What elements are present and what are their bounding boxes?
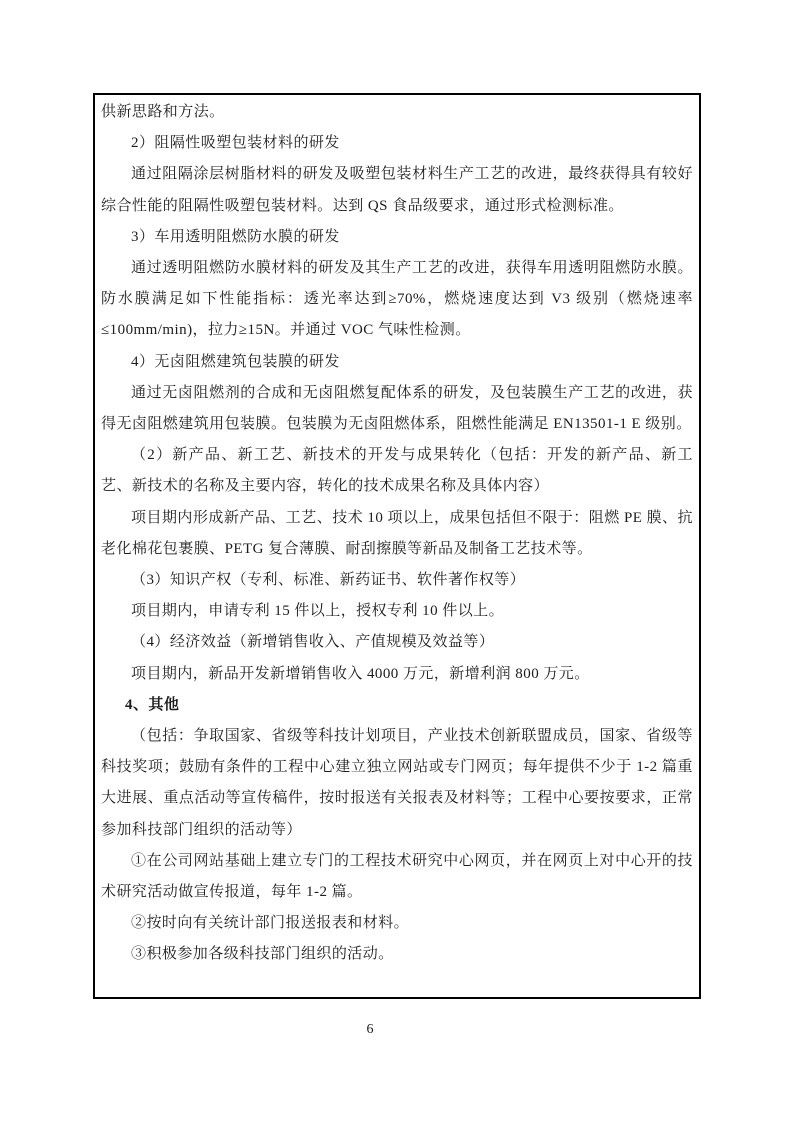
paragraph: 3）车用透明阻燃防水膜的研发 — [101, 222, 693, 253]
paragraph: ②按时向有关统计部门报送报表和材料。 — [101, 908, 693, 939]
paragraph: 通过透明阻燃防水膜材料的研发及其生产工艺的改进，获得车用透明阻燃防水膜。防水膜满… — [101, 253, 693, 347]
paragraph: 供新思路和方法。 — [101, 97, 693, 128]
document-page: 供新思路和方法。 2）阻隔性吸塑包装材料的研发 通过阻隔涂层树脂材料的研发及吸塑… — [0, 0, 793, 1122]
paragraph: 4）无卤阻燃建筑包装膜的研发 — [101, 347, 693, 378]
page-number: 6 — [340, 1022, 400, 1038]
paragraph: （3）知识产权（专利、标准、新药证书、软件著作权等） — [101, 565, 693, 596]
section-heading: 4、其他 — [101, 690, 693, 721]
paragraph: ③积极参加各级科技部门组织的活动。 — [101, 939, 693, 970]
paragraph: 项目期内，申请专利 15 件以上，授权专利 10 件以上。 — [101, 596, 693, 627]
paragraph: 项目期内，新品开发新增销售收入 4000 万元，新增利润 800 万元。 — [101, 659, 693, 690]
paragraph: （2）新产品、新工艺、新技术的开发与成果转化（包括：开发的新产品、新工艺、新技术… — [101, 440, 693, 502]
paragraph: （4）经济效益（新增销售收入、产值规模及效益等） — [101, 627, 693, 658]
paragraph: 2）阻隔性吸塑包装材料的研发 — [101, 128, 693, 159]
content-border-box: 供新思路和方法。 2）阻隔性吸塑包装材料的研发 通过阻隔涂层树脂材料的研发及吸塑… — [93, 93, 701, 999]
paragraph: 通过阻隔涂层树脂材料的研发及吸塑包装材料生产工艺的改进，最终获得具有较好综合性能… — [101, 159, 693, 221]
paragraph: 项目期内形成新产品、工艺、技术 10 项以上，成果包括但不限于：阻燃 PE 膜、… — [101, 503, 693, 565]
paragraph: （包括：争取国家、省级等科技计划项目，产业技术创新联盟成员，国家、省级等科技奖项… — [101, 721, 693, 846]
paragraph: 通过无卤阻燃剂的合成和无卤阻燃复配体系的研发，及包装膜生产工艺的改进，获得无卤阻… — [101, 378, 693, 440]
paragraph: ①在公司网站基础上建立专门的工程技术研究中心网页，并在网页上对中心开的技术研究活… — [101, 846, 693, 908]
